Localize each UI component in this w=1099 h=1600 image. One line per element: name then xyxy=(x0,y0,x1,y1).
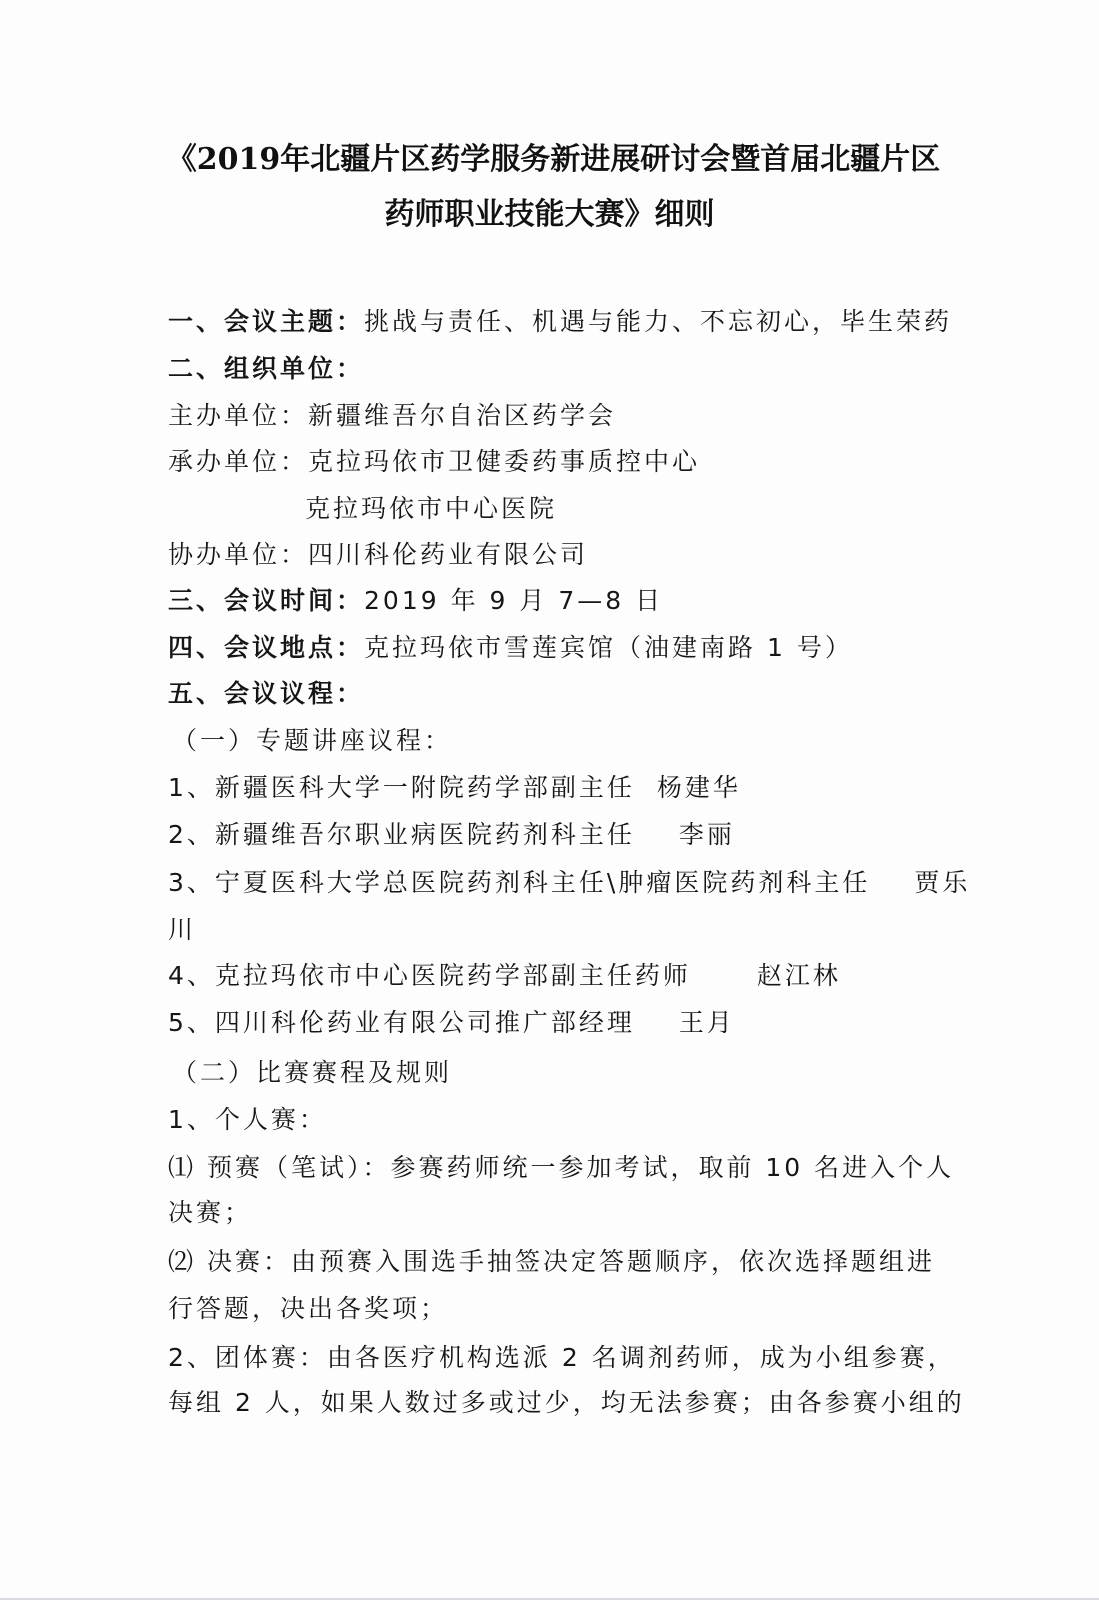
co-organizer-line: 协办单位：四川科伦药业有限公司 xyxy=(168,538,588,572)
undertaker-value-2: 克拉玛依市中心医院 xyxy=(305,492,557,526)
individual-rule-1-cont: 决赛； xyxy=(168,1196,252,1230)
host-line: 主办单位：新疆维吾尔自治区药学会 xyxy=(168,399,616,433)
document-page: 《2019年北疆片区药学服务新进展研讨会暨首届北疆片区 药师职业技能大赛》细则 … xyxy=(0,0,1099,1600)
team-rule: 2、团体赛：由各医疗机构选派 2 名调剂药师，成为小组参赛， xyxy=(168,1341,956,1375)
organizers-heading: 二、组织单位： xyxy=(168,352,364,386)
lecture-title: 1、新疆医科大学一附院药学部副主任 xyxy=(168,773,635,802)
agenda-heading: 五、会议议程： xyxy=(168,677,364,711)
venue-value: 克拉玛依市雪莲宾馆（油建南路 1 号） xyxy=(364,633,853,662)
lecture-item: 2、新疆维吾尔职业病医院药剂科主任李丽 xyxy=(168,818,735,852)
lecture-title: 4、克拉玛依市中心医院药学部副主任药师 xyxy=(168,961,691,990)
time-value: 2019 年 9 月 7—8 日 xyxy=(364,586,663,615)
document-title-line-1: 《2019年北疆片区药学服务新进展研讨会暨首届北疆片区 xyxy=(0,140,1099,180)
co-organizer-label: 协办单位： xyxy=(168,540,308,569)
lectures-heading: （一）专题讲座议程： xyxy=(172,724,452,758)
co-organizer-value: 四川科伦药业有限公司 xyxy=(308,540,588,569)
individual-heading: 1、个人赛： xyxy=(168,1103,327,1137)
undertaker-line: 承办单位：克拉玛依市卫健委药事质控中心 xyxy=(168,445,700,479)
venue-line: 四、会议地点：克拉玛依市雪莲宾馆（油建南路 1 号） xyxy=(168,631,853,665)
theme-label: 一、会议主题： xyxy=(168,307,364,336)
undertaker-label: 承办单位： xyxy=(168,447,308,476)
undertaker-value-1: 克拉玛依市卫健委药事质控中心 xyxy=(308,447,700,476)
lecture-item: 1、新疆医科大学一附院药学部副主任杨建华 xyxy=(168,771,741,805)
lecture-title: 2、新疆维吾尔职业病医院药剂科主任 xyxy=(168,820,635,849)
lecture-speaker: 杨建华 xyxy=(657,773,741,802)
individual-rule-2-cont: 行答题，决出各奖项； xyxy=(168,1292,448,1326)
lecture-title: 3、宁夏医科大学总医院药剂科主任\肿瘤医院药剂科主任 xyxy=(168,868,870,897)
document-title-line-2: 药师职业技能大赛》细则 xyxy=(0,195,1099,235)
lecture-item: 3、宁夏医科大学总医院药剂科主任\肿瘤医院药剂科主任贾乐 xyxy=(168,866,970,900)
theme-line: 一、会议主题：挑战与责任、机遇与能力、不忘初心，毕生荣药 xyxy=(168,305,952,339)
host-label: 主办单位： xyxy=(168,401,308,430)
lecture-item: 5、四川科伦药业有限公司推广部经理王月 xyxy=(168,1006,735,1040)
venue-label: 四、会议地点： xyxy=(168,633,364,662)
time-label: 三、会议时间： xyxy=(168,586,364,615)
lecture-speaker: 李丽 xyxy=(679,820,735,849)
lecture-speaker: 赵江林 xyxy=(757,961,841,990)
host-value: 新疆维吾尔自治区药学会 xyxy=(308,401,616,430)
team-rule-cont: 每组 2 人，如果人数过多或过少，均无法参赛；由各参赛小组的 xyxy=(168,1386,965,1420)
lecture-speaker: 王月 xyxy=(679,1008,735,1037)
competition-heading: （二）比赛赛程及规则 xyxy=(172,1056,452,1090)
lecture-title: 5、四川科伦药业有限公司推广部经理 xyxy=(168,1008,635,1037)
lecture-item: 4、克拉玛依市中心医院药学部副主任药师赵江林 xyxy=(168,959,841,993)
time-line: 三、会议时间：2019 年 9 月 7—8 日 xyxy=(168,584,663,618)
lecture-speaker-wrap: 川 xyxy=(168,913,196,947)
individual-rule-1: ⑴ 预赛（笔试）：参赛药师统一参加考试，取前 10 名进入个人 xyxy=(168,1151,954,1185)
individual-rule-2: ⑵ 决赛：由预赛入围选手抽签决定答题顺序，依次选择题组进 xyxy=(168,1245,935,1279)
theme-value: 挑战与责任、机遇与能力、不忘初心，毕生荣药 xyxy=(364,307,952,336)
lecture-speaker: 贾乐 xyxy=(914,868,970,897)
